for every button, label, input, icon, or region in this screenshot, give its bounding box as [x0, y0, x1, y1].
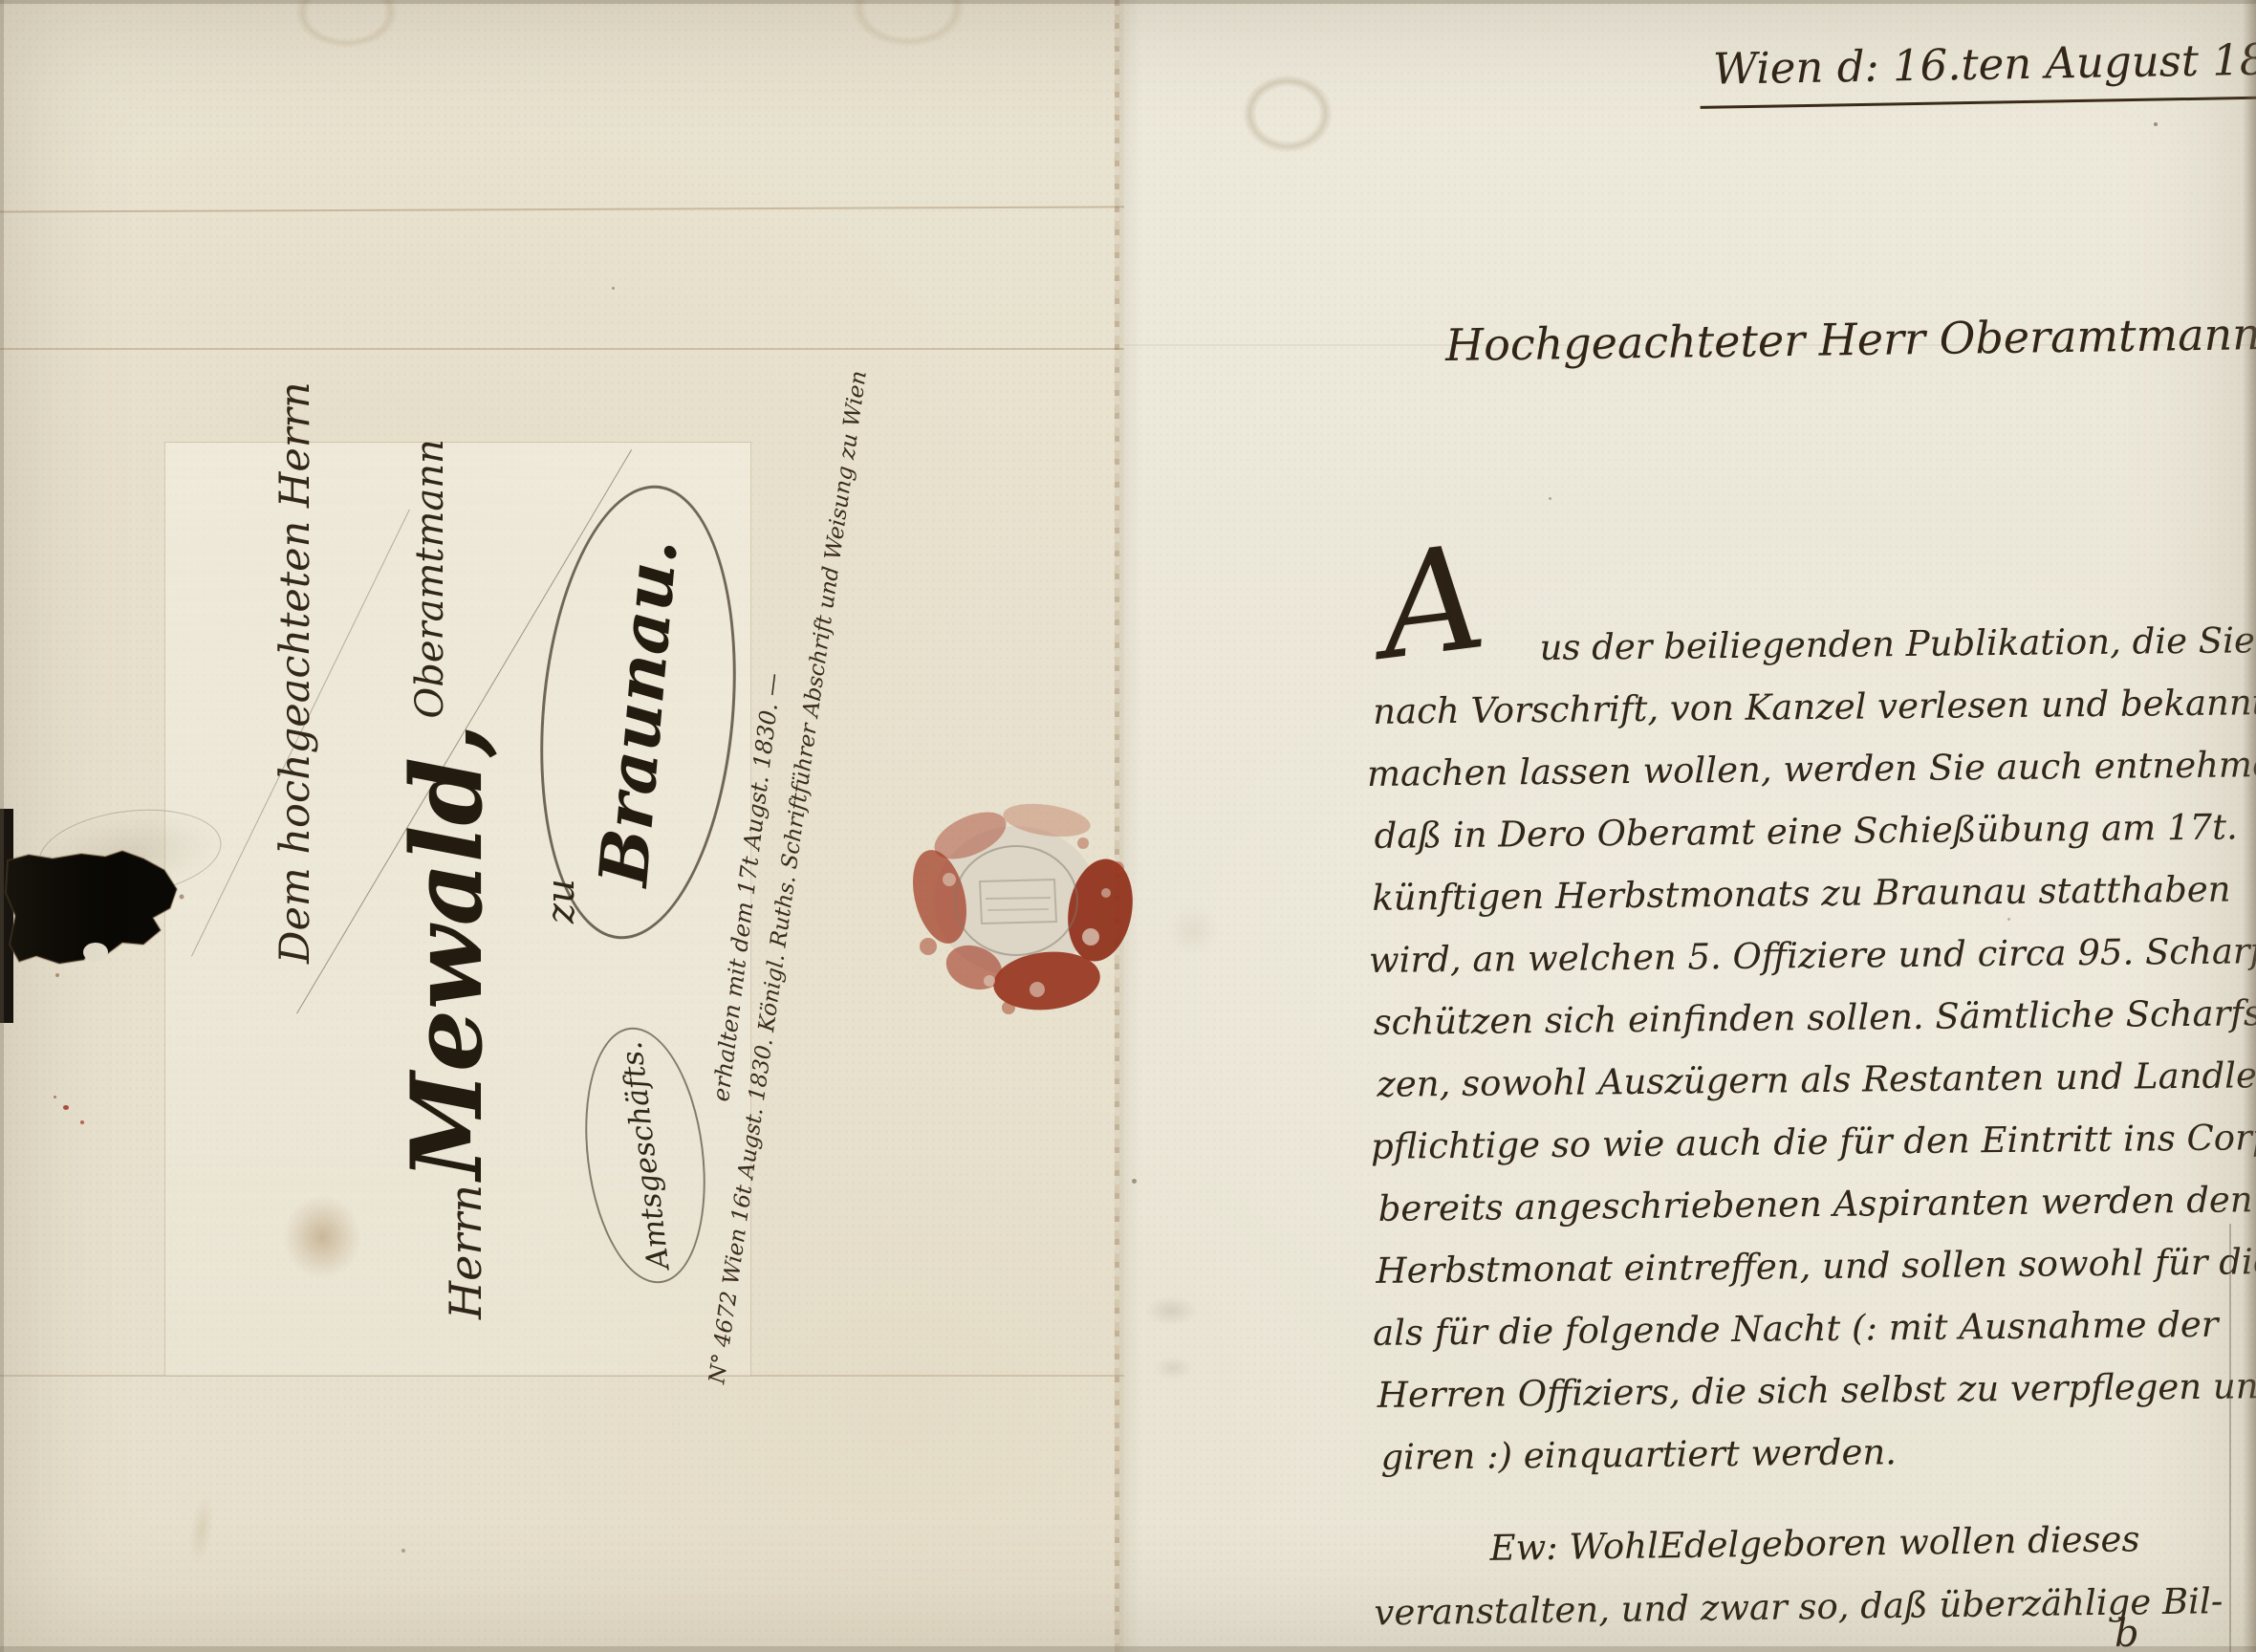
bottom-paper-edge — [0, 1646, 2256, 1652]
body-line: nach Vorschrift, von Kanzel verlesen und… — [1373, 671, 2256, 743]
recipient-title: Oberamtmann — [408, 439, 452, 718]
body-line: us der beiliegenden Publikation, die Sie… — [1369, 609, 2256, 681]
red-ink-speck — [80, 1120, 84, 1124]
body-line: daß in Dero Oberamt eine Schießübung am … — [1374, 795, 2256, 867]
envelope-address-block: Dem hochgeachteten Herrn Herrn Mewald, O… — [164, 442, 749, 1375]
water-stain — [1159, 897, 1227, 964]
body-line: pflichtige so wie auch die für den Eintr… — [1371, 1106, 2256, 1178]
top-fold-crease — [0, 206, 1124, 212]
water-stain — [282, 0, 411, 57]
water-stain — [836, 0, 980, 57]
mid-fold-crease-left — [0, 348, 1124, 350]
paper-speck — [2154, 122, 2158, 126]
body-line: Herbstmonat eintreffen, und sollen sowoh… — [1376, 1230, 2256, 1302]
wax-seal — [903, 793, 1142, 1032]
recipient-honorific: Herrn — [440, 1185, 491, 1319]
body-line: wird, an welchen 5. Offiziere und circa … — [1369, 920, 2256, 991]
body-line: bereits angeschriebenen Aspiranten werde… — [1377, 1168, 2256, 1240]
letter-body: us der beiliegenden Publikation, die Sie… — [1369, 609, 2256, 1489]
recipient-name: Mewald, — [390, 724, 505, 1180]
body-line: künftigen Herbstmonats zu Braunau statth… — [1372, 858, 2256, 929]
body-line: machen lassen wollen, werden Sie auch en… — [1367, 733, 2256, 805]
body-line: giren :) einquartiert werden. — [1380, 1417, 2256, 1489]
ink-ghost-smudge — [1147, 1353, 1200, 1383]
envelope-recipient-name-line: Herrn Mewald, Oberamtmann — [390, 439, 505, 1319]
body-line: schützen sich einfinden sollen. Sämtlich… — [1373, 982, 2256, 1054]
paper-speck — [612, 287, 615, 290]
red-ink-speck — [63, 1105, 69, 1110]
faint-smudge — [182, 1482, 223, 1576]
water-stain — [1231, 65, 1344, 163]
postal-notation: Amtsgeschäfts. — [615, 1039, 677, 1271]
ink-ghost-smudge — [1136, 1291, 1207, 1331]
top-paper-edge — [0, 0, 2256, 4]
envelope-recipient-line: Dem hochgeachteten Herrn — [271, 381, 319, 964]
destination-flourish-oval: Braunau. — [523, 477, 754, 947]
body-line: zen, sowohl Auszügern als Restanten und … — [1377, 1044, 2256, 1116]
letter-scan: Dem hochgeachteten Herrn Herrn Mewald, O… — [0, 0, 2256, 1652]
salutation: Hochgeachteter Herr Oberamtmann. — [1445, 308, 2256, 371]
catchword: b — [2115, 1612, 2139, 1652]
paper-speck — [401, 1549, 405, 1553]
paper-speck — [1549, 497, 1551, 500]
body-line: als für die folgende Nacht (: mit Ausnah… — [1373, 1293, 2256, 1364]
red-ink-speck — [54, 1096, 56, 1098]
paper-speck — [1132, 1179, 1137, 1184]
date-line: Wien d: 16.ten August 1830. — [1699, 33, 2256, 109]
body-line: Herren Offiziers, die sich selbst zu ver… — [1377, 1355, 2256, 1426]
destination: Braunau. — [583, 535, 692, 889]
postal-notation-oval: Amtsgeschäfts. — [572, 1021, 719, 1291]
torn-hole — [0, 801, 201, 1031]
